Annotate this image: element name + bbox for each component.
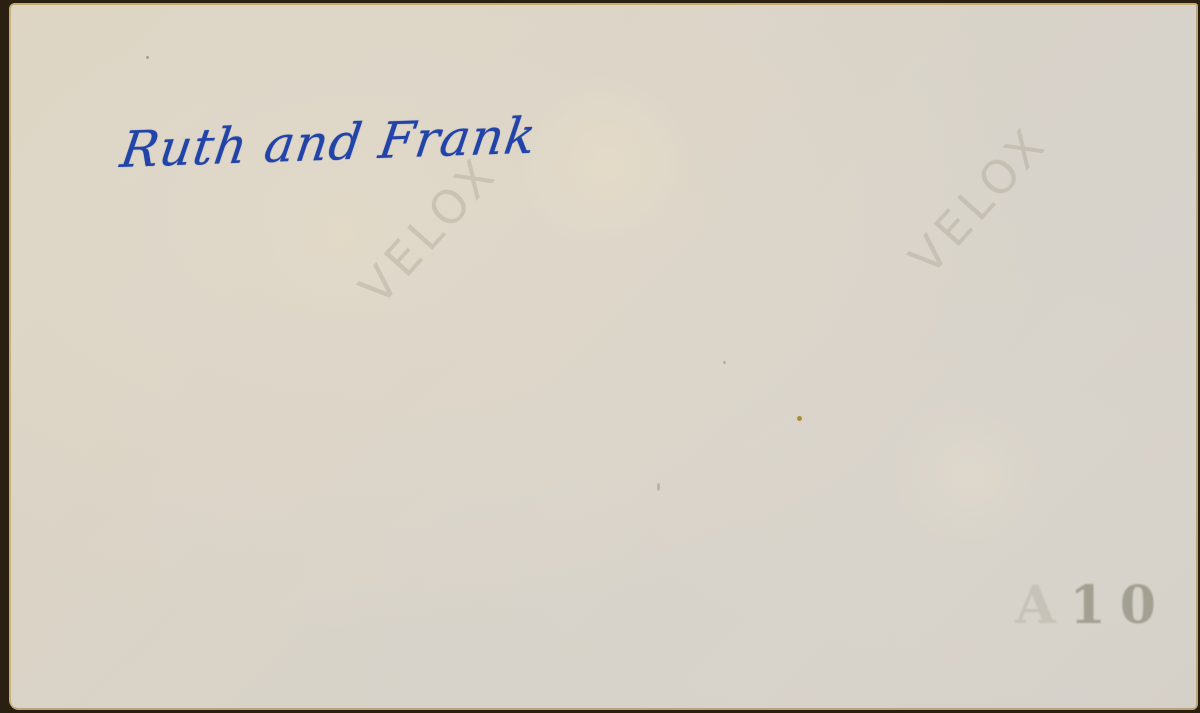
dust-speck — [657, 483, 660, 491]
photo-card-back: VELOX VELOX Ruth and Frank A10 — [9, 3, 1198, 710]
dust-speck — [146, 56, 149, 59]
dust-speck — [797, 416, 802, 421]
velox-watermark: VELOX — [899, 115, 1059, 284]
velox-watermark: VELOX — [349, 145, 509, 314]
scanned-photo-back: VELOX VELOX Ruth and Frank A10 — [0, 0, 1200, 713]
stamped-number-prefix: A — [1015, 575, 1069, 636]
stamped-number-value: 10 — [1070, 575, 1170, 636]
dust-speck — [723, 361, 726, 364]
stamped-number: A10 — [1015, 575, 1170, 636]
